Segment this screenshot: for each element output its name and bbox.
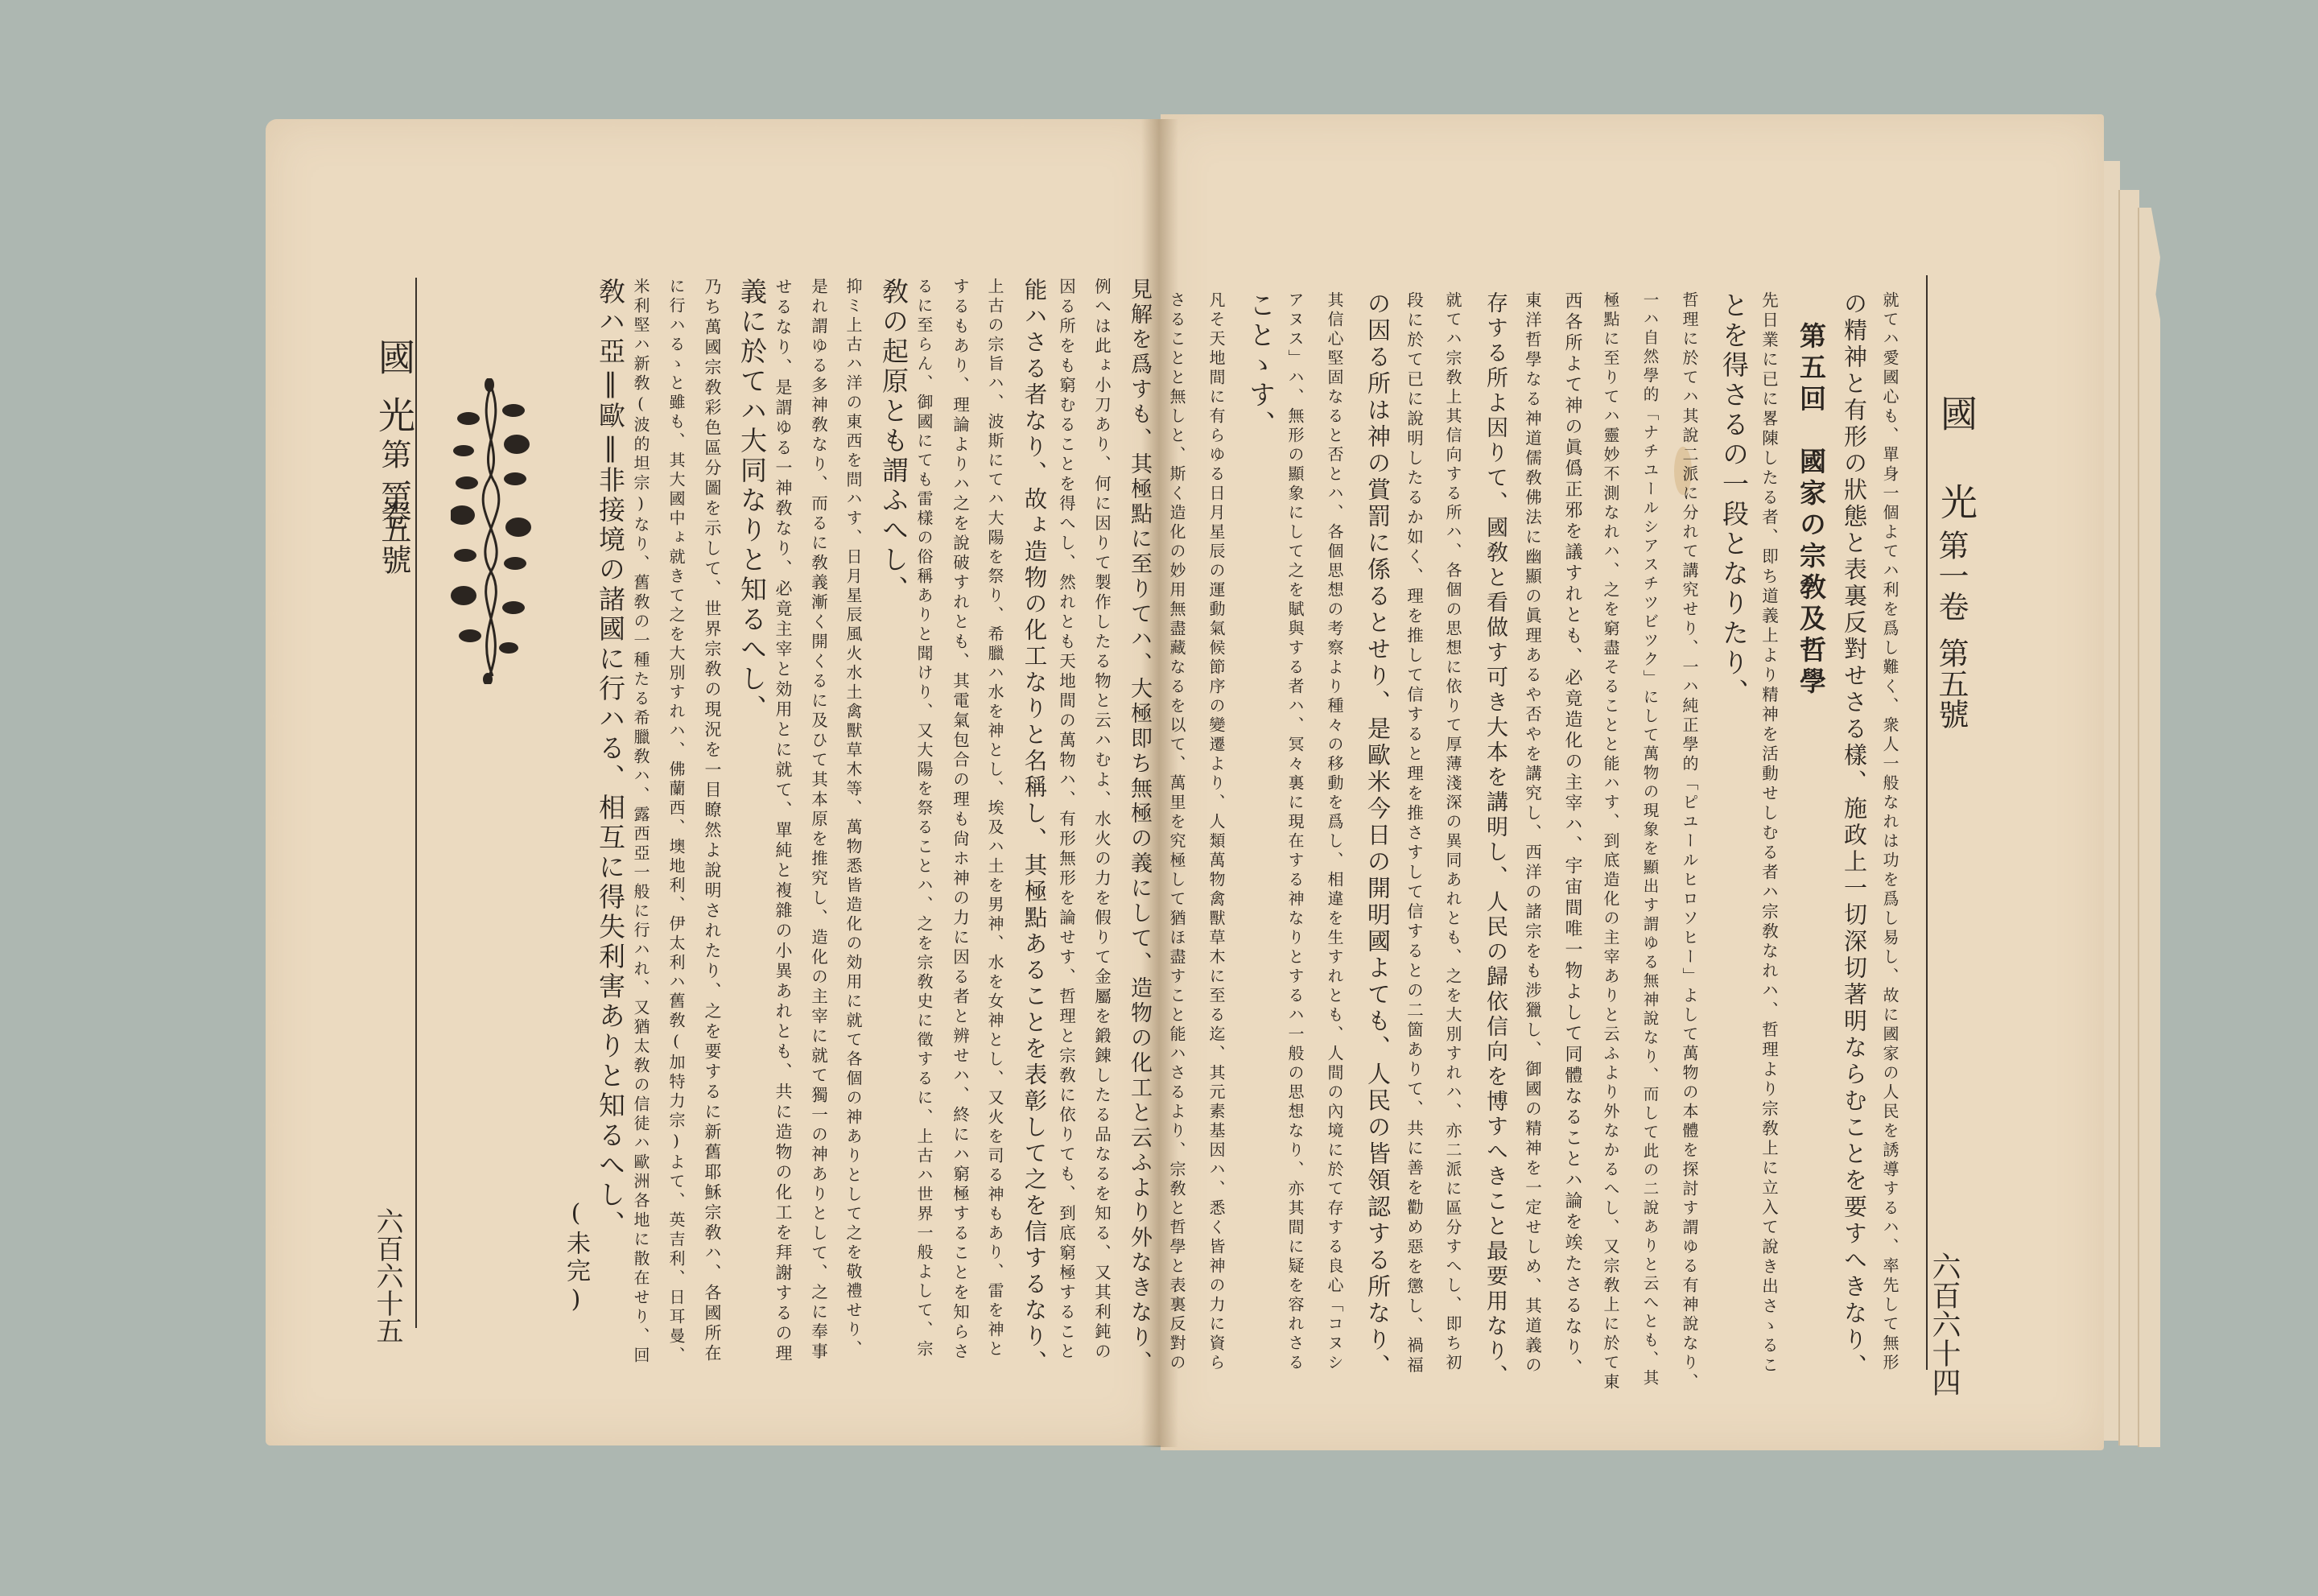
text-column: 米利堅ハ新敎(波的坦宗)なり、舊敎の一種たる希臘敎ハ、露西亞一般に行ハれ、又猶太… [633, 278, 649, 1366]
left-header-title-1: 國 [376, 338, 413, 375]
text-column: の因る所は神の賞罰に係るとせり、是歐米今日の開明國よても、人民の皆領認する所なり… [1366, 291, 1389, 1380]
text-column: するもあり、理論よりハ之を說破すれとも、其電氣包合の理も尙ホ神の力に因る者と辨せ… [951, 278, 968, 1363]
text-column: 凡そ天地間に有らゆる日月星辰の運動氣候節序の變遷より、人類萬物禽獸草木に至る迄、… [1208, 291, 1224, 1373]
text-column: 段に於て已に說明したるか如く、理を推して信すると理を推さすして信するとの二箇あり… [1405, 291, 1422, 1376]
left-header-issue: 第五號 [378, 483, 409, 575]
text-column: 例へは此ょ小刀あり、何に因りて製作したる物と云ハむよ、水火の力を假りて金屬を鍛錬… [1093, 278, 1110, 1363]
text-column: 西各所よて神の眞僞正邪を議すれとも、必竟造化の主宰ハ、宇宙間唯一物よして同體なる… [1563, 291, 1581, 1379]
header-rule-right [1926, 275, 1928, 1370]
text-column: 抑ミ上古ハ洋の東西を問ハす、日月星辰風火水土禽獸草木等、萬物悉皆造化の効用に就て… [845, 278, 861, 1359]
header-rule-left [415, 278, 417, 1328]
text-column: 就てハ宗敎上其信向する所ハ、各個の思想に依りて厚薄淺深の異同あれとも、之を大別す… [1445, 291, 1461, 1373]
page-edge [2138, 208, 2160, 1447]
text-column: 上古の宗旨ハ、波斯にてハ大陽を祭り、希臘ハ水を神とし、埃及ハ土を男神、水を女神と… [987, 278, 1003, 1359]
text-column: 東洋哲學なる神道儒敎佛法に幽顯の眞理あるや否やを講究し、西洋の諸宗をも涉獵し、御… [1524, 291, 1541, 1376]
text-column: 乃ち萬國宗敎彩色區分圖を示して、世界宗敎の現況を一目瞭然よ說明されたり、之を要す… [703, 278, 720, 1364]
right-header-title-1: 國 [1938, 394, 1975, 431]
right-header-title-2: 光 [1938, 483, 1975, 520]
to-be-continued-note: (未完) [563, 1199, 588, 1317]
left-header-title-2: 光 [376, 396, 413, 433]
page-edge [2102, 161, 2120, 1441]
text-column: 是れ謂ゆる多神敎なり、而るに敎義漸く開くるに及ひて其本原を推究し、造化の主宰に就… [810, 278, 827, 1363]
text-column: るに至らん、御國にても雷樣の俗稱ありと聞けり、又大陽を祭ることハ、之を宗敎史に徵… [916, 278, 932, 1359]
text-column: 哲理に於てハ其說二派に分れて講究せり、一ハ純正學的「ピユールヒロソヒー」よして萬… [1681, 291, 1697, 1392]
text-column: 能ハさる者なり、故ょ造物の化工なりと名稱し、其極點あることを表彰して之を信するな… [1022, 278, 1046, 1376]
text-column: 就てハ愛國心も、單身一個よてハ利を爲し難く、衆人一般なれは功を爲し易し、故に國家… [1882, 291, 1898, 1373]
text-column: 義に於てハ大同なりと知るへし、 [739, 278, 765, 724]
right-header-issue: 第五號 [1936, 637, 1966, 729]
text-column: の精神と有形の狀態と表裏反對せさる樣、施政上一切深切著明ならむことを要すへきなり… [1842, 291, 1866, 1380]
text-column: 見解を爲すも、其極點に至りてハ、大極即ち無極の義にして、造物の化工と云ふより外な… [1128, 278, 1150, 1375]
left-page-number: 六百六十五 [373, 1207, 401, 1344]
scan-canvas: 國 光 第一卷 第五號 六百六十四 就てハ愛國心も、單身一個よてハ利を爲し難く、… [0, 0, 2318, 1596]
text-column: さることと無しと、斯く造化の妙用無盡藏なるを以て、萬里を究極して猶ほ盡すこと能ハ… [1169, 291, 1185, 1373]
text-column: 其信心堅固なると否とハ、各個思想の考察より種々の移動を爲し、相違を生すれとも、人… [1326, 291, 1343, 1373]
right-page-number: 六百六十四 [1929, 1252, 1958, 1396]
text-column: せるなり、是謂ゆる一神敎なり、必竟主宰と効用とに就て、單純と複雜の小異あれとも、… [774, 278, 791, 1364]
text-column: ことゝす、 [1248, 291, 1274, 440]
text-column: に行ハるゝと雖も、其大國中ょ就きて之を大別すれハ、佛蘭西、墺地利、伊太利ハ舊敎(… [668, 278, 684, 1366]
text-column: 敎ハ亞‖歐‖非接境の諸國に行ハる、相互に得失利害ありと知るへし、 [597, 278, 624, 1240]
text-column: 先日業に已に畧陳したる者、即ち道義上より精神を活動せしむる者ハ宗敎なれハ、哲理よ… [1760, 291, 1777, 1376]
section-heading: 第五回 國家の宗敎及哲學 [1798, 322, 1825, 699]
page-edge [2118, 190, 2139, 1445]
vine-ornament-icon [451, 378, 531, 684]
text-column: アヌス」ハ、無形の顯象にして之を賦與する者ハ、冥々裏に現在する神なりとするハ一般… [1287, 291, 1303, 1373]
text-column: 因る所をも窮むることを得へし、然れとも天地間の萬物ハ、有形無形を論せす、哲理と宗… [1058, 278, 1074, 1363]
text-column: とを得さるの一段となりたり、 [1721, 291, 1747, 708]
text-column: 一ハ自然學的「ナチユールシアスチツビツク」にして萬物の現象を顯出す謂ゆる無神說な… [1642, 291, 1658, 1388]
text-column: 敎の起原とも謂ふへし、 [881, 278, 907, 605]
right-header-volume: 第一卷 [1936, 530, 1966, 621]
text-column: 極點に至りてハ靈妙不測なれハ、之を窮盡そることと能ハす、到底造化の主宰ありと云ふ… [1602, 291, 1619, 1392]
text-column: 存する所よ因りて、國敎と看做す可き大本を講明し、人民の歸依信向を博すへきこと最要… [1484, 291, 1506, 1389]
